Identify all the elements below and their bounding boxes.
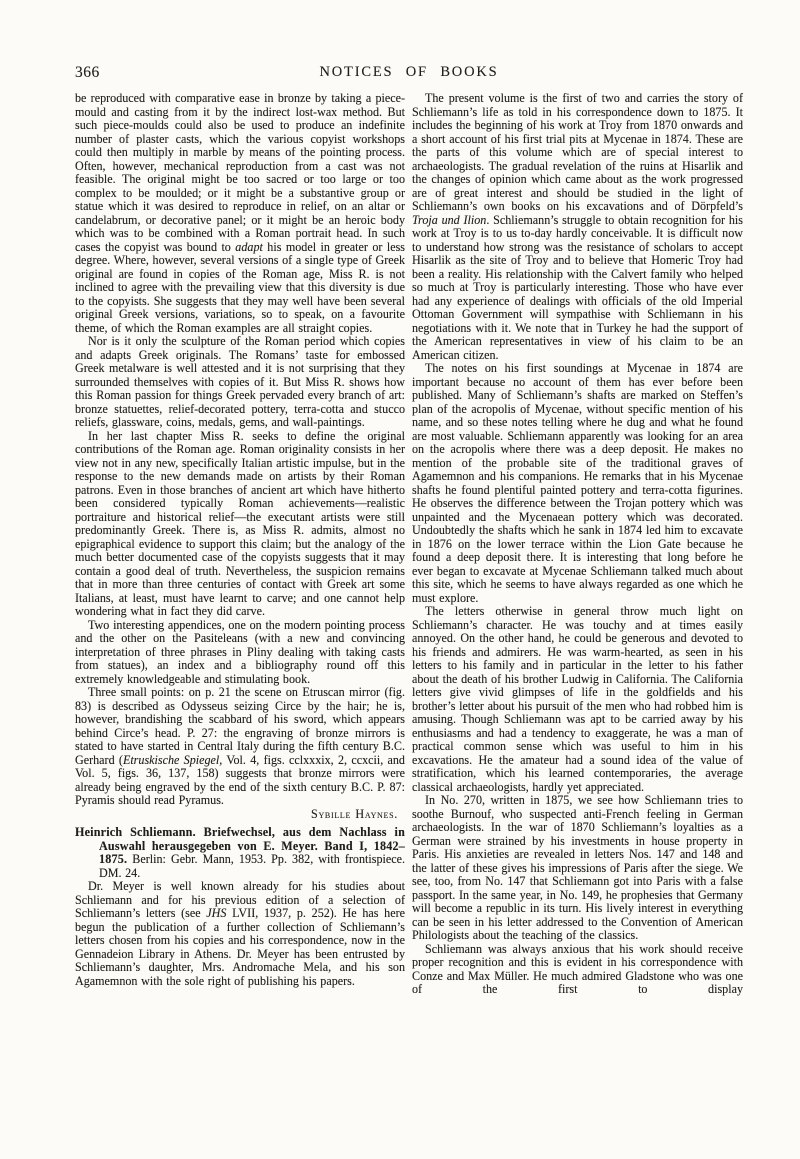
review2-paragraph-1: The present volume is the first of two a…	[412, 92, 743, 362]
review1-paragraph-4: Two interesting appendices, one on the m…	[75, 619, 405, 687]
review1-paragraph-5: Three small points: on p. 21 the scene o…	[75, 686, 405, 808]
right-column: The present volume is the first of two a…	[412, 92, 743, 997]
reviewer-signature: Sybille Haynes.	[75, 808, 405, 822]
left-column: be reproduced with comparative ease in b…	[75, 92, 405, 988]
review1-paragraph-2: Nor is it only the sculpture of the Roma…	[75, 335, 405, 430]
page-header: 366 NOTICES OF BOOKS	[75, 62, 743, 84]
section-title: NOTICES OF BOOKS	[75, 64, 743, 81]
book-heading: Heinrich Schliemann. Briefwechsel, aus d…	[75, 826, 405, 880]
review2-paragraph-3: The letters otherwise in general throw m…	[412, 605, 743, 794]
journal-page: 366 NOTICES OF BOOKS be reproduced with …	[0, 0, 800, 1159]
review2-paragraph-2: The notes on his first soundings at Myce…	[412, 362, 743, 605]
review1-paragraph-1: be reproduced with comparative ease in b…	[75, 92, 405, 335]
review2-paragraph-4: In No. 270, written in 1875, we see how …	[412, 794, 743, 943]
review2-intro-paragraph: Dr. Meyer is well known already for his …	[75, 880, 405, 988]
review1-paragraph-3: In her last chapter Miss R. seeks to def…	[75, 430, 405, 619]
review2-paragraph-5: Schliemann was always anxious that his w…	[412, 943, 743, 997]
